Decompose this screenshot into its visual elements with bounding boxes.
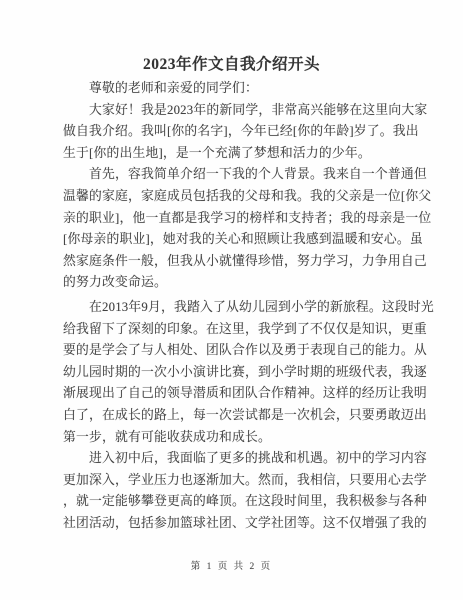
- essay-line: 第一步，就有可能收获成功和成长。: [63, 427, 399, 449]
- paragraph-intro: 大家好！我是2023年的新同学，非常高兴能够在这里向大家 做自我介绍。我叫[你的…: [63, 100, 399, 165]
- essay-line: 亲的职业]，他一直都是我学习的榜样和支持者；我的母亲是一位: [63, 208, 399, 230]
- page-number: 第 1 页 共 2 页: [0, 558, 463, 572]
- essay-line: 温馨的家庭，家庭成员包括我的父母和我。我的父亲是一位[你父: [63, 186, 399, 208]
- essay-line: 给我留下了深刻的印象。在这里，我学到了不仅仅是知识，更重: [63, 319, 399, 341]
- essay-line: ，就一定能够攀登更高的峰顶。在这段时间里，我积极参与各种: [63, 491, 399, 513]
- document-page: 2023年作文自我介绍开头 尊敬的老师和亲爱的同学们： 大家好！我是2023年的…: [0, 0, 463, 600]
- essay-line: 尊敬的老师和亲爱的同学们：: [63, 78, 399, 100]
- paragraph-family: 首先，容我简单介绍一下我的个人背景。我来自一个普通但 温馨的家庭，家庭成员包括我…: [63, 164, 399, 294]
- essay-line: 在2013年9月，我踏入了从幼儿园到小学的新旅程。这段时光: [63, 297, 399, 319]
- essay-line: 渐展现出了自己的领导潜质和团队合作精神。这样的经历让我明: [63, 383, 399, 405]
- essay-line: 做自我介绍。我叫[你的名字]，今年已经[你的年龄]岁了。我出: [63, 121, 399, 143]
- paragraph-salutation: 尊敬的老师和亲爱的同学们：: [63, 78, 399, 100]
- essay-line: 白了，在成长的路上，每一次尝试都是一次机会，只要勇敢迈出: [63, 405, 399, 427]
- essay-line: 社团活动，包括参加篮球社团、文学社团等。这不仅增强了我的: [63, 513, 399, 535]
- page-title: 2023年作文自我介绍开头: [0, 52, 463, 74]
- essay-line: 更加深入，学业压力也逐渐加大。然而，我相信，只要用心去学: [63, 470, 399, 492]
- paragraph-middle-school: 进入初中后，我面临了更多的挑战和机遇。初中的学习内容 更加深入，学业压力也逐渐加…: [63, 448, 399, 534]
- essay-line: 大家好！我是2023年的新同学，非常高兴能够在这里向大家: [63, 100, 399, 122]
- essay-line: 进入初中后，我面临了更多的挑战和机遇。初中的学习内容: [63, 448, 399, 470]
- essay-line: 生于[你的出生地]，是一个充满了梦想和活力的少年。: [63, 143, 399, 165]
- essay-line: 要的是学会了与人相处、团队合作以及勇于表现自己的能力。从: [63, 340, 399, 362]
- paragraph-primary-school: 在2013年9月，我踏入了从幼儿园到小学的新旅程。这段时光 给我留下了深刻的印象…: [63, 297, 399, 448]
- essay-line: 然家庭条件一般，但我从小就懂得珍惜，努力学习，力争用自己: [63, 251, 399, 273]
- essay-line: 首先，容我简单介绍一下我的个人背景。我来自一个普通但: [63, 164, 399, 186]
- essay-line: [你母亲的职业]，她对我的关心和照顾让我感到温暖和安心。虽: [63, 229, 399, 251]
- essay-body: 尊敬的老师和亲爱的同学们： 大家好！我是2023年的新同学，非常高兴能够在这里向…: [63, 78, 399, 534]
- essay-line: 的努力改变命运。: [63, 272, 399, 294]
- essay-line: 幼儿园时期的一次小小演讲比赛，到小学时期的班级代表，我逐: [63, 362, 399, 384]
